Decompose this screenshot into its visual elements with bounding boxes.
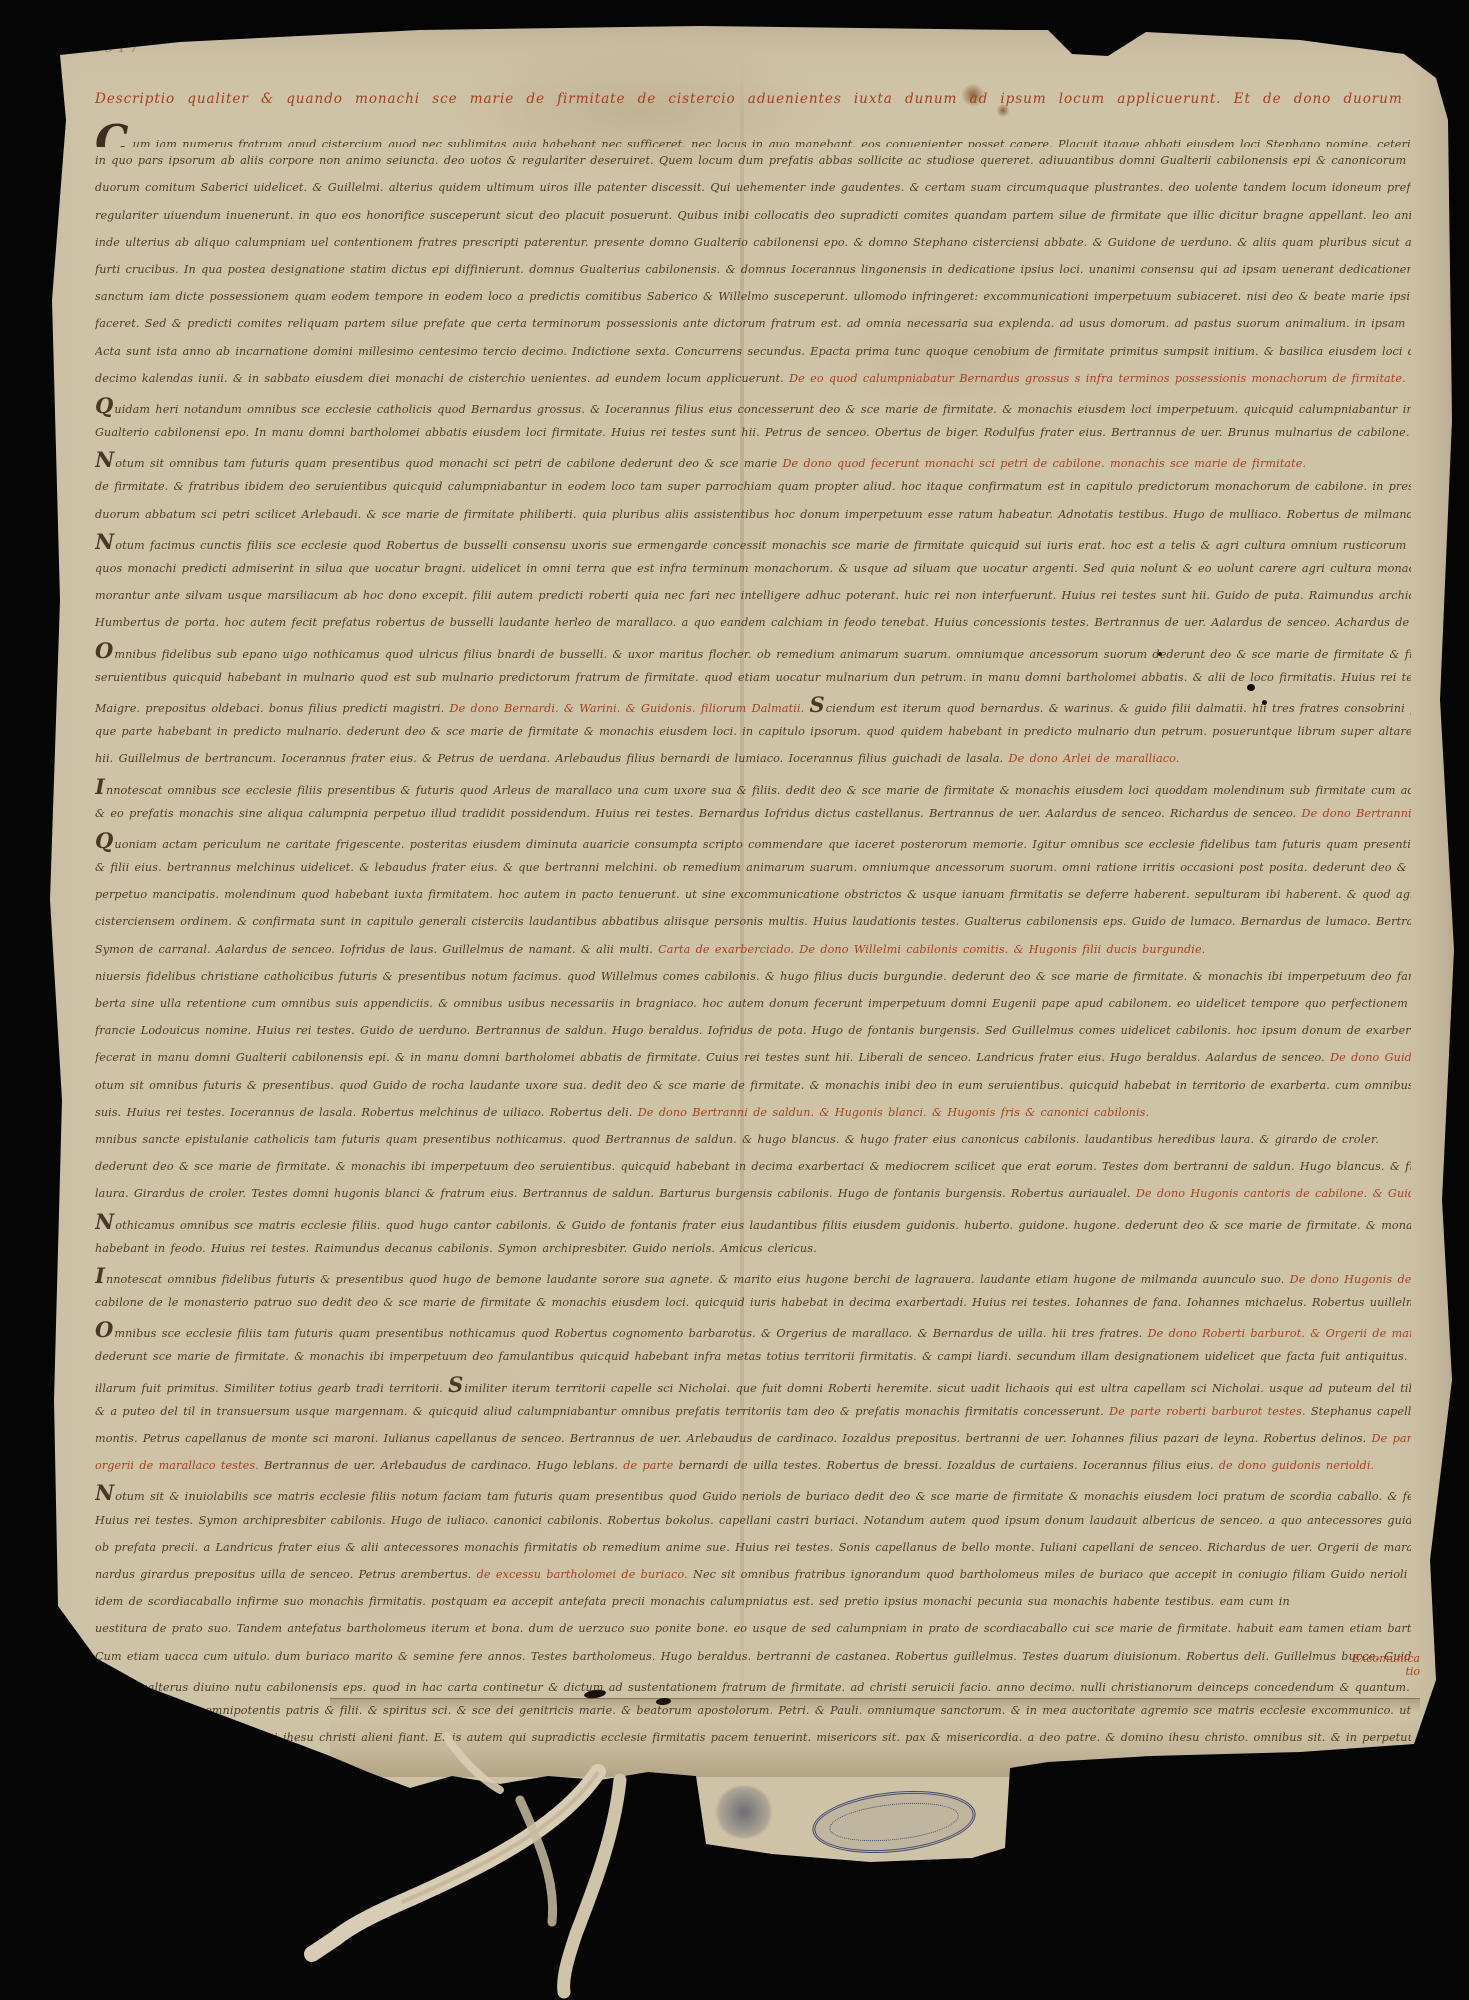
body-text: inde ulterius ab aliquo calumpniam uel c… bbox=[95, 236, 1411, 249]
library-stamp-round bbox=[716, 1786, 772, 1838]
body-text: morantur ante silvam usque marsiliacum a… bbox=[95, 589, 1411, 602]
body-text: Maigre. prepositus oldebaci. bonus filiu… bbox=[95, 702, 450, 715]
manuscript-line: seruientibus quicquid habebant in mulnar… bbox=[95, 664, 1411, 691]
body-text: & filii eius. bertrannus melchinus uidel… bbox=[95, 861, 1411, 874]
body-text: cisterciensem ordinem. & confirmata sunt… bbox=[95, 915, 1411, 928]
rubric-text: De dono Hugonis cantoris de cabilone. & … bbox=[1136, 1187, 1411, 1200]
manuscript-line: suis. Huius rei testes. Iocerannus de la… bbox=[95, 1099, 1411, 1126]
rubric-text: De dono Roberti barburot. & Orgerii de m… bbox=[1148, 1327, 1411, 1340]
body-text: idem de scordiacaballo infirme suo monac… bbox=[95, 1595, 1290, 1608]
manuscript-line: furti crucibus. In qua postea designatio… bbox=[95, 256, 1411, 283]
initial-letter: N bbox=[95, 529, 114, 554]
body-text: Gualterio cabilonensi epo. In manu domni… bbox=[95, 426, 1411, 439]
initial-letter: Q bbox=[95, 393, 113, 418]
body-text: uoniam actam periculum ne caritate frige… bbox=[114, 838, 1411, 851]
manuscript-line: in quo pars ipsorum ab aliis corpore non… bbox=[95, 147, 1411, 174]
rubric-text: De dono Hugonis de henoneto. bbox=[1290, 1273, 1411, 1286]
body-text: mnibus fidelibus sub epano uigo nothicam… bbox=[114, 648, 1411, 661]
manuscript-line: Omnibus sancte epistulanie catholicis ta… bbox=[95, 1126, 1411, 1153]
manuscript-line: Cum iam numerus fratrum apud cistercium … bbox=[95, 120, 1411, 147]
excommunicatio-margin-note: Excomunica tio bbox=[1330, 1652, 1420, 1678]
body-text: bernardi de uilla testes. Robertus de br… bbox=[673, 1459, 1218, 1472]
body-text: otum sit omnibus futuris & presentibus. … bbox=[95, 1079, 1411, 1092]
manuscript-line: Ego Gualterus diuino nutu cabilonensis e… bbox=[95, 1670, 1411, 1697]
manuscript-line: quos monachi predicti admiserint in silu… bbox=[95, 555, 1411, 582]
body-text: dederunt deo & sce marie de firmitate. &… bbox=[95, 1160, 1411, 1173]
body-text: um iam numerus fratrum apud cistercium q… bbox=[133, 138, 1411, 147]
manuscript-line: & filii eius. bertrannus melchinus uidel… bbox=[95, 854, 1411, 881]
rubric-text: De dono Bernardi. & Warini. & Guidonis. … bbox=[450, 702, 805, 715]
manuscript-line: Acta sunt ista anno ab incarnatione domi… bbox=[95, 338, 1411, 365]
manuscript-line: Maigre. prepositus oldebaci. bonus filiu… bbox=[95, 691, 1411, 718]
manuscript-line: Huius rei testes. Symon archipresbiter c… bbox=[95, 1507, 1411, 1534]
rubric-text: Carta de exarberciado. bbox=[658, 943, 794, 956]
manuscript-line: Quoniam actam periculum ne caritate frig… bbox=[95, 827, 1411, 854]
rubric-text: De dono quod fecerunt monachi sci petri … bbox=[782, 457, 1306, 470]
manuscript-line: Humbertus de porta. hoc autem fecit pref… bbox=[95, 609, 1411, 636]
body-text: nnotescat omnibus fidelibus futuris & pr… bbox=[106, 1273, 1290, 1286]
initial-letter: N bbox=[95, 447, 114, 472]
rubric-text: De dono Willelmi cabilonis comitis. & Hu… bbox=[799, 943, 1205, 956]
initial-letter: E bbox=[95, 1671, 111, 1696]
manuscript-line: illarum fuit primitus. Similiter totius … bbox=[95, 1371, 1411, 1398]
body-text: decimo kalendas iunii. & in sabbato eius… bbox=[95, 372, 789, 385]
manuscript-line: nardus girardus prepositus uilla de senc… bbox=[95, 1561, 1411, 1588]
body-text: quos monachi predicti admiserint in silu… bbox=[95, 562, 1411, 575]
body-text: Nec sit omnibus fratribus ignorandum quo… bbox=[688, 1568, 1411, 1581]
manuscript-line: de firmitate. & fratribus ibidem deo ser… bbox=[95, 473, 1411, 500]
body-text: nnotescat omnibus sce ecclesie filiis pr… bbox=[106, 784, 1411, 797]
manuscript-line: & a puteo del til in transuersum usque m… bbox=[95, 1398, 1411, 1425]
manuscript-line: & temerario ausu omnipotentis patris & f… bbox=[95, 1697, 1411, 1724]
manuscript-line: Innotescat omnibus sce ecclesie filiis p… bbox=[95, 773, 1411, 800]
body-text: de firmitate. & fratribus ibidem deo ser… bbox=[95, 480, 1411, 493]
manuscript-line: francie Lodouicus nomine. Huius rei test… bbox=[95, 1017, 1411, 1044]
manuscript-line: Nothicamus omnibus sce matris ecclesie f… bbox=[95, 1208, 1411, 1235]
body-text: Humbertus de porta. hoc autem fecit pref… bbox=[95, 616, 1411, 629]
rubric-text: De parte bbox=[1372, 1432, 1411, 1445]
body-text: pore & sanguine domini nostri ihesu chri… bbox=[95, 1731, 1411, 1744]
body-text: suis. Huius rei testes. Iocerannus de la… bbox=[95, 1106, 638, 1119]
body-text: go Gualterus diuino nutu cabilonensis ep… bbox=[112, 1681, 1411, 1694]
manuscript-line: decimo kalendas iunii. & in sabbato eius… bbox=[95, 365, 1411, 392]
rubric-text: De dono Arlei de maralliaco. bbox=[1009, 752, 1180, 765]
body-text: otum sit omnibus tam futuris quam presen… bbox=[115, 457, 782, 470]
rubric-text: Descriptio qualiter & quando monachi sce… bbox=[95, 91, 1411, 107]
manuscript-line: Notum facimus cunctis filiis sce ecclesi… bbox=[95, 528, 1411, 555]
body-text: berta sine ulla retentione cum omnibus s… bbox=[95, 997, 1411, 1010]
manuscript-line: dederunt deo & sce marie de firmitate. &… bbox=[95, 1153, 1411, 1180]
manuscript-line: Vniuersis fidelibus christiane catholici… bbox=[95, 963, 1411, 990]
body-text bbox=[804, 702, 809, 715]
body-text: duorum abbatum sci petri scilicet Arleba… bbox=[95, 508, 1411, 521]
large-margin-initial: O bbox=[95, 1126, 96, 1143]
manuscript-line: que parte habebant in predicto mulnario.… bbox=[95, 718, 1411, 745]
body-text: imiliter iterum territorii capelle sci N… bbox=[464, 1382, 1411, 1395]
body-text: fecerat in manu domni Gualterii cabilone… bbox=[95, 1051, 1330, 1064]
initial-letter: S bbox=[810, 692, 825, 717]
manuscript-line: cisterciensem ordinem. & confirmata sunt… bbox=[95, 908, 1411, 935]
strap-ribbon-left-shade bbox=[402, 1772, 598, 1902]
manuscript-line: Quidam heri notandum omnibus sce ecclesi… bbox=[95, 392, 1411, 419]
manuscript-line: uestitura de prato suo. Tandem antefatus… bbox=[95, 1615, 1411, 1642]
body-text: in quo pars ipsorum ab aliis corpore non… bbox=[95, 154, 1411, 167]
body-text: habebant in feodo. Huius rei testes. Rai… bbox=[95, 1242, 817, 1255]
body-text: Symon de carranal. Aalardus de senceo. I… bbox=[95, 943, 658, 956]
rubric-text: De dono Bertranni de uer. & filiorum eiu… bbox=[1302, 807, 1411, 820]
rubric-text: De parte roberti barburot testes. bbox=[1109, 1405, 1306, 1418]
parchment-sheet: 1517 Descriptio qualiter & quando monach… bbox=[0, 0, 1469, 2000]
body-text: dederunt sce marie de firmitate. & monac… bbox=[95, 1350, 1411, 1363]
initial-letter: N bbox=[95, 1480, 114, 1505]
body-text: montis. Petrus capellanus de monte sci m… bbox=[95, 1432, 1372, 1445]
rubric-text: De dono Guidonis de larochi. bbox=[1330, 1051, 1411, 1064]
rubric-text: orgerii de marallaco testes. bbox=[95, 1459, 259, 1472]
body-text: laura. Girardus de croler. Testes domni … bbox=[95, 1187, 1136, 1200]
manuscript-line: berta sine ulla retentione cum omnibus s… bbox=[95, 990, 1411, 1017]
body-text: que parte habebant in predicto mulnario.… bbox=[95, 725, 1411, 738]
body-text: illarum fuit primitus. Similiter totius … bbox=[95, 1382, 448, 1395]
body-text: cabilone de le monasterio patruo suo ded… bbox=[95, 1296, 1411, 1309]
body-text: niuersis fidelibus christiane catholicib… bbox=[95, 970, 1411, 983]
manuscript-line: inde ulterius ab aliquo calumpniam uel c… bbox=[95, 229, 1411, 256]
manuscript-line: cabilone de le monasterio patruo suo ded… bbox=[95, 1289, 1411, 1316]
manuscript-line: faceret. Sed & predicti comites reliquam… bbox=[95, 310, 1411, 337]
rubric-text: de dono guidonis nerioldi. bbox=[1219, 1459, 1374, 1472]
manuscript-line: fecerat in manu domni Gualterii cabilone… bbox=[95, 1044, 1411, 1071]
body-text: sanctum iam dicte possessionem quam eode… bbox=[95, 290, 1411, 303]
body-text: ciendum est iterum quod bernardus. & war… bbox=[826, 702, 1411, 715]
manuscript-line: Descriptio qualiter & quando monachi sce… bbox=[95, 84, 1411, 120]
manuscript-line: Symon de carranal. Aalardus de senceo. I… bbox=[95, 936, 1411, 963]
body-text: & a puteo del til in transuersum usque m… bbox=[95, 1405, 1109, 1418]
manuscript-line: Notum sit omnibus futuris & presentibus.… bbox=[95, 1072, 1411, 1099]
body-text: Acta sunt ista anno ab incarnatione domi… bbox=[95, 345, 1411, 358]
body-text: Bertrannus de uer. Arlebaudus de cardina… bbox=[259, 1459, 623, 1472]
archival-mark: 1517 bbox=[92, 38, 142, 56]
body-text: nardus girardus prepositus uilla de senc… bbox=[95, 1568, 477, 1581]
body-text: uidam heri notandum omnibus sce ecclesie… bbox=[114, 403, 1411, 416]
stamp-inner-ring bbox=[827, 1797, 960, 1846]
manuscript-line: Omnibus sce ecclesie filiis tam futuris … bbox=[95, 1316, 1411, 1343]
manuscript-line: dederunt sce marie de firmitate. & monac… bbox=[95, 1343, 1411, 1370]
manuscript-line: Omnibus fidelibus sub epano uigo nothica… bbox=[95, 637, 1411, 664]
rubric-text: De eo quod calumpniabatur Bernardus gros… bbox=[789, 372, 1406, 385]
body-text: & eo prefatis monachis sine aliqua calum… bbox=[95, 807, 1302, 820]
manuscript-line: hii. Guillelmus de bertrancum. Iocerannu… bbox=[95, 745, 1411, 772]
body-text: francie Lodouicus nomine. Huius rei test… bbox=[95, 1024, 1411, 1037]
body-text: otum facimus cunctis filiis sce ecclesie… bbox=[115, 539, 1411, 552]
body-text: uestitura de prato suo. Tandem antefatus… bbox=[95, 1622, 1411, 1635]
initial-letter: Q bbox=[95, 828, 113, 853]
initial-letter: S bbox=[448, 1372, 463, 1397]
large-margin-initial: N bbox=[95, 1072, 98, 1089]
initial-letter: O bbox=[95, 1317, 113, 1342]
manuscript-line: orgerii de marallaco testes. Bertrannus … bbox=[95, 1452, 1411, 1479]
body-text: othicamus omnibus sce matris ecclesie fi… bbox=[115, 1219, 1411, 1232]
manuscript-line: duorum abbatum sci petri scilicet Arleba… bbox=[95, 501, 1411, 528]
text-block: Descriptio qualiter & quando monachi sce… bbox=[95, 84, 1411, 1751]
body-text: regulariter uiuendum inuenerunt. in quo … bbox=[95, 209, 1411, 222]
manuscript-line: Innotescat omnibus fidelibus futuris & p… bbox=[95, 1262, 1411, 1289]
body-text: Stephanus capellanus belli bbox=[1306, 1405, 1411, 1418]
body-text: Huius rei testes. Symon archipresbiter c… bbox=[95, 1514, 1411, 1527]
body-text: duorum comitum Saberici uidelicet. & Gui… bbox=[95, 181, 1411, 194]
body-text: Cum etiam uacca cum uitulo. dum buriaco … bbox=[95, 1650, 1411, 1663]
initial-letter: N bbox=[95, 1209, 114, 1234]
body-text: seruientibus quicquid habebant in mulnar… bbox=[95, 671, 1411, 684]
body-text: furti crucibus. In qua postea designatio… bbox=[95, 263, 1411, 276]
manuscript-line: Gualterio cabilonensi epo. In manu domni… bbox=[95, 419, 1411, 446]
manuscript-line: ob prefata precii. a Landricus frater ei… bbox=[95, 1534, 1411, 1561]
body-text: otum sit & inuiolabilis sce matris eccle… bbox=[115, 1490, 1411, 1503]
initial-letter: I bbox=[95, 1263, 105, 1288]
manuscript-line: Notum sit & inuiolabilis sce matris eccl… bbox=[95, 1479, 1411, 1506]
initial-letter: O bbox=[95, 638, 113, 663]
body-text: mnibus sancte epistulanie catholicis tam… bbox=[95, 1133, 1379, 1146]
rubric-text: de parte bbox=[623, 1459, 673, 1472]
manuscript-line: Notum sit omnibus tam futuris quam prese… bbox=[95, 446, 1411, 473]
body-text: ob prefata precii. a Landricus frater ei… bbox=[95, 1541, 1411, 1554]
body-text: perpetuo mancipatis. molendinum quod hab… bbox=[95, 888, 1411, 901]
manuscript-line: regulariter uiuendum inuenerunt. in quo … bbox=[95, 202, 1411, 229]
strap-ribbon-right bbox=[564, 1780, 620, 1992]
body-text: mnibus sce ecclesie filiis tam futuris q… bbox=[114, 1327, 1147, 1340]
manuscript-line: perpetuo mancipatis. molendinum quod hab… bbox=[95, 881, 1411, 908]
manuscript-line: montis. Petrus capellanus de monte sci m… bbox=[95, 1425, 1411, 1452]
rubric-text: De dono Bertranni de saldun. & Hugonis b… bbox=[638, 1106, 1149, 1119]
manuscript-line: & eo prefatis monachis sine aliqua calum… bbox=[95, 800, 1411, 827]
strap-cord bbox=[520, 1800, 553, 1922]
manuscript-line: laura. Girardus de croler. Testes domni … bbox=[95, 1180, 1411, 1207]
initial-letter: I bbox=[95, 774, 105, 799]
manuscript-line: sanctum iam dicte possessionem quam eode… bbox=[95, 283, 1411, 310]
strap-ribbon-left bbox=[312, 1772, 598, 1954]
manuscript-line: morantur ante silvam usque marsiliacum a… bbox=[95, 582, 1411, 609]
initial-letter: C bbox=[95, 120, 129, 147]
manuscript-line: idem de scordiacaballo infirme suo monac… bbox=[95, 1588, 1411, 1615]
manuscript-line: Cum etiam uacca cum uitulo. dum buriaco … bbox=[95, 1643, 1411, 1670]
body-text: & temerario ausu omnipotentis patris & f… bbox=[95, 1704, 1411, 1717]
manuscript-line: duorum comitum Saberici uidelicet. & Gui… bbox=[95, 174, 1411, 201]
photo-backdrop: 1517 Descriptio qualiter & quando monach… bbox=[0, 0, 1469, 2000]
manuscript-line: pore & sanguine domini nostri ihesu chri… bbox=[95, 1724, 1411, 1751]
body-text: faceret. Sed & predicti comites reliquam… bbox=[95, 317, 1411, 330]
rubric-text: de excessu bartholomei de buriaco. bbox=[477, 1568, 688, 1581]
manuscript-line: habebant in feodo. Huius rei testes. Rai… bbox=[95, 1235, 1411, 1262]
body-text: hii. Guillelmus de bertrancum. Iocerannu… bbox=[95, 752, 1009, 765]
